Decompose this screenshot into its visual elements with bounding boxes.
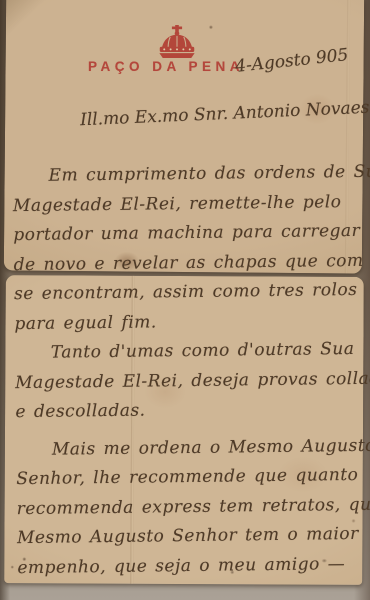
- royal-crown-icon: [154, 25, 200, 62]
- paragraph: Tanto d'umas como d'outras SuaMagestade …: [15, 335, 364, 428]
- handwritten-line: recommenda express tem retratos, que o: [17, 490, 365, 524]
- handwritten-line: e descolladas.: [15, 394, 363, 428]
- handwritten-line: Em cumprimento das ordens de Sua: [12, 158, 360, 192]
- letter-body: Em cumprimento das ordens de SuaMagestad…: [12, 158, 365, 583]
- handwritten-line: Tanto d'umas como d'outras Sua: [15, 335, 363, 369]
- handwritten-line: se encontram, assim como tres rolos: [14, 276, 362, 310]
- handwritten-line: portador uma machina para carregar: [13, 217, 361, 251]
- handwritten-line: Magestade El-Rei, deseja provas colladas: [15, 364, 363, 398]
- handwritten-line: Mesmo Augusto Senhor tem o maior: [17, 520, 365, 554]
- paragraph: Mais me ordena o Mesmo AugustoSenhor, lh…: [16, 431, 366, 583]
- handwritten-line: de novo e revelar as chapas que com elle: [14, 246, 362, 280]
- handwritten-line: Magestade El-Rei, remette-lhe pelo: [13, 187, 361, 221]
- handwritten-line: Senhor, lhe recommende que quanto: [16, 461, 364, 495]
- handwritten-line: Mais me ordena o Mesmo Augusto: [16, 431, 364, 465]
- paragraph: Em cumprimento das ordens de SuaMagestad…: [12, 158, 362, 339]
- handwritten-line: para egual fim.: [14, 305, 362, 339]
- letter-photo: PAÇO DA PENA 4-Agosto 905 Ill.mo Ex.mo S…: [0, 0, 370, 600]
- handwritten-line: empenho, que seja o meu amigo —: [17, 549, 365, 583]
